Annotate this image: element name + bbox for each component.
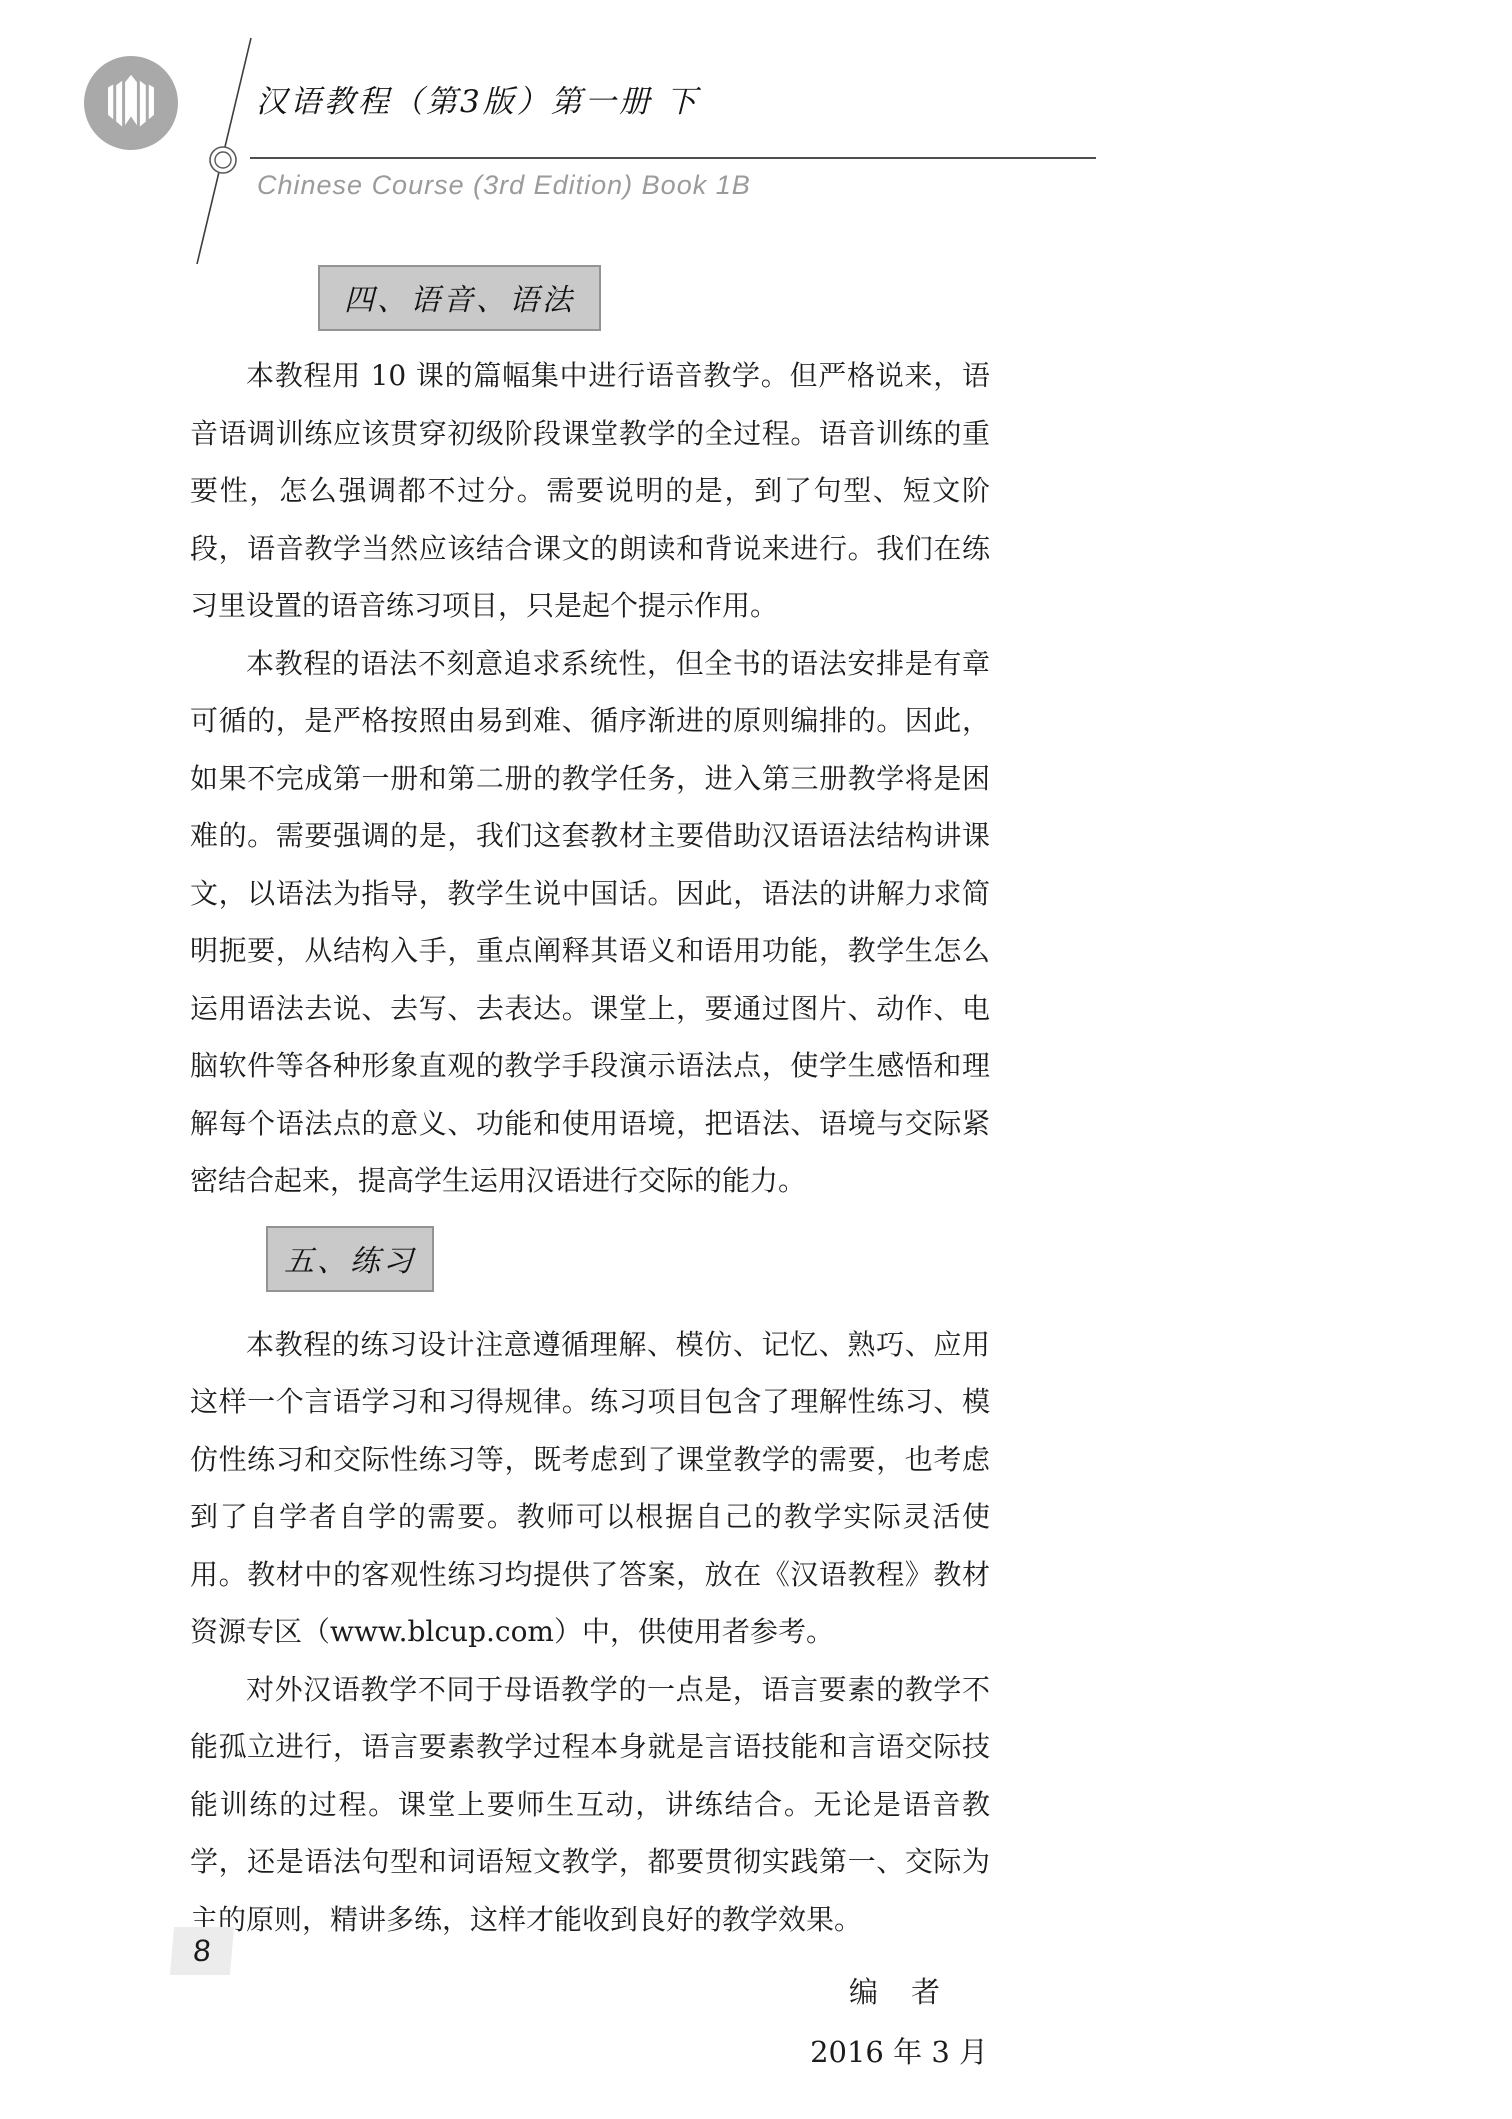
paragraph-phonetics: 本教程用 10 课的篇幅集中进行语音教学。但严格说来，语音语调训练应该贯穿初级阶… — [190, 347, 990, 635]
open-book-icon — [94, 66, 168, 140]
signature-author: 编 者 — [190, 1962, 990, 2022]
book-title-chinese: 汉语教程（第3版）第一册 下 — [256, 76, 700, 121]
book-page: 汉语教程（第3版）第一册 下 Chinese Course (3rd Editi… — [0, 0, 1512, 2119]
book-title-english: Chinese Course (3rd Edition) Book 1B — [257, 170, 751, 201]
section-heading-exercises: 五、练习 — [266, 1226, 434, 1292]
decorative-slant-line — [185, 34, 275, 269]
page-number-value: 8 — [192, 1933, 212, 1969]
signature-block: 编 者 2016 年 3 月 — [190, 1962, 990, 2082]
publisher-logo — [84, 56, 178, 150]
signature-date: 2016 年 3 月 — [190, 2022, 990, 2082]
page-number-box: 8 — [170, 1927, 234, 1975]
paragraph-teaching-principles: 对外汉语教学不同于母语教学的一点是，语言要素的教学不能孤立进行，语言要素教学过程… — [190, 1661, 990, 1949]
paragraph-grammar: 本教程的语法不刻意追求系统性，但全书的语法安排是有章可循的，是严格按照由易到难、… — [190, 635, 990, 1210]
header-divider-line — [250, 157, 1096, 159]
section-heading-phonetics-grammar: 四、语音、语法 — [318, 265, 601, 331]
page-content: 四、语音、语法 本教程用 10 课的篇幅集中进行语音教学。但严格说来，语音语调训… — [190, 265, 990, 2082]
paragraph-exercises: 本教程的练习设计注意遵循理解、模仿、记忆、熟巧、应用这样一个言语学习和习得规律。… — [190, 1316, 990, 1661]
